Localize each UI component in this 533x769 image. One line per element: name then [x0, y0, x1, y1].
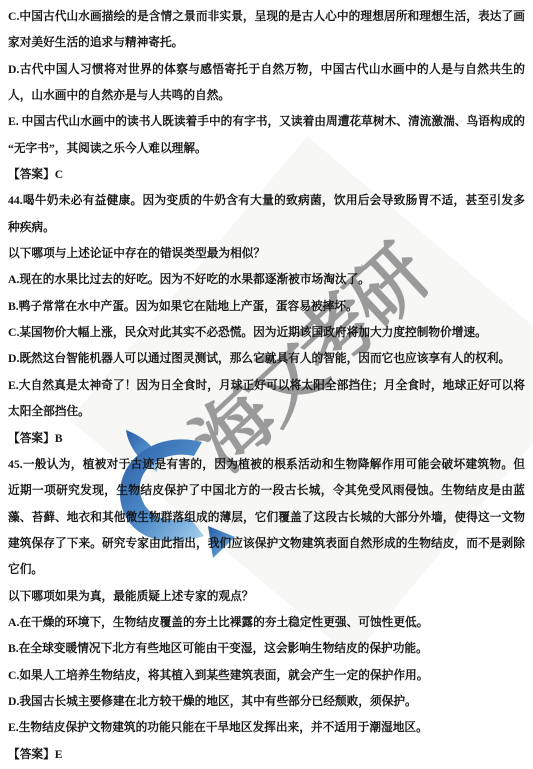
prev-question-answer: 【答案】C — [8, 162, 525, 188]
question-45-option-b: B.在全球变暖情况下北方有些地区可能由干变湿，这会影响生物结皮的保护功能。 — [8, 636, 525, 662]
question-45-prompt: 以下哪项如果为真，最能质疑上述专家的观点？ — [8, 584, 525, 610]
question-44-stem: 44.喝牛奶未必有益健康。因为变质的牛奶含有大量的致病菌，饮用后会导致肠胃不适，… — [8, 188, 525, 241]
question-44-option-b: B.鸭子常常在水中产蛋。因为如果它在陆地上产蛋，蛋容易被摔坏。 — [8, 294, 525, 320]
question-45-option-d: D.我国古长城主要修建在北方较干燥的地区，其中有些部分已经颓败，须保护。 — [8, 689, 525, 715]
question-45-option-c: C.如果人工培养生物结皮，将其植入到某些建筑表面，就会产生一定的保护作用。 — [8, 663, 525, 689]
question-44-prompt: 以下哪项与上述论证中存在的错误类型最为相似？ — [8, 241, 525, 267]
question-44-option-e: E.大自然真是太神奇了！因为日全食时，月球正好可以将太阳全部挡住；月全食时，地球… — [8, 373, 525, 426]
prev-question-option-d: D.古代中国人习惯将对世界的体察与感悟寄托于自然万物，中国古代山水画中的人是与自… — [8, 57, 525, 110]
question-45-option-e: E.生物结皮保护文物建筑的功能只能在干旱地区发挥出来，并不适用于潮湿地区。 — [8, 715, 525, 741]
question-45-option-a: A.在干燥的环境下，生物结皮覆盖的夯土比裸露的夯土稳定性更强、可蚀性更低。 — [8, 610, 525, 636]
document-page: C.中国古代山水画描绘的是含情之景而非实景，呈现的是古人心中的理想居所和理想生活… — [8, 4, 525, 768]
question-44-option-c: C.某国物价大幅上涨，民众对此其实不必恐慌。因为近期该国政府将加大力度控制物价增… — [8, 320, 525, 346]
question-44-option-a: A.现在的水果比过去的好吃。因为不好吃的水果都逐渐被市场淘汰了。 — [8, 267, 525, 293]
prev-question-option-c: C.中国古代山水画描绘的是含情之景而非实景，呈现的是古人心中的理想居所和理想生活… — [8, 4, 525, 57]
question-44-answer: 【答案】B — [8, 426, 525, 452]
prev-question-option-e: E. 中国古代山水画中的读书人既读着手中的有字书，又读着由周遭花草树木、清流激湍… — [8, 109, 525, 162]
question-45-answer: 【答案】E — [8, 742, 525, 768]
question-44-option-d: D.既然这台智能机器人可以通过图灵测试，那么它就具有人的智能，因而它也应该享有人… — [8, 346, 525, 372]
question-45-stem: 45.一般认为，植被对于古迹是有害的，因为植被的根系活动和生物降解作用可能会破坏… — [8, 452, 525, 584]
